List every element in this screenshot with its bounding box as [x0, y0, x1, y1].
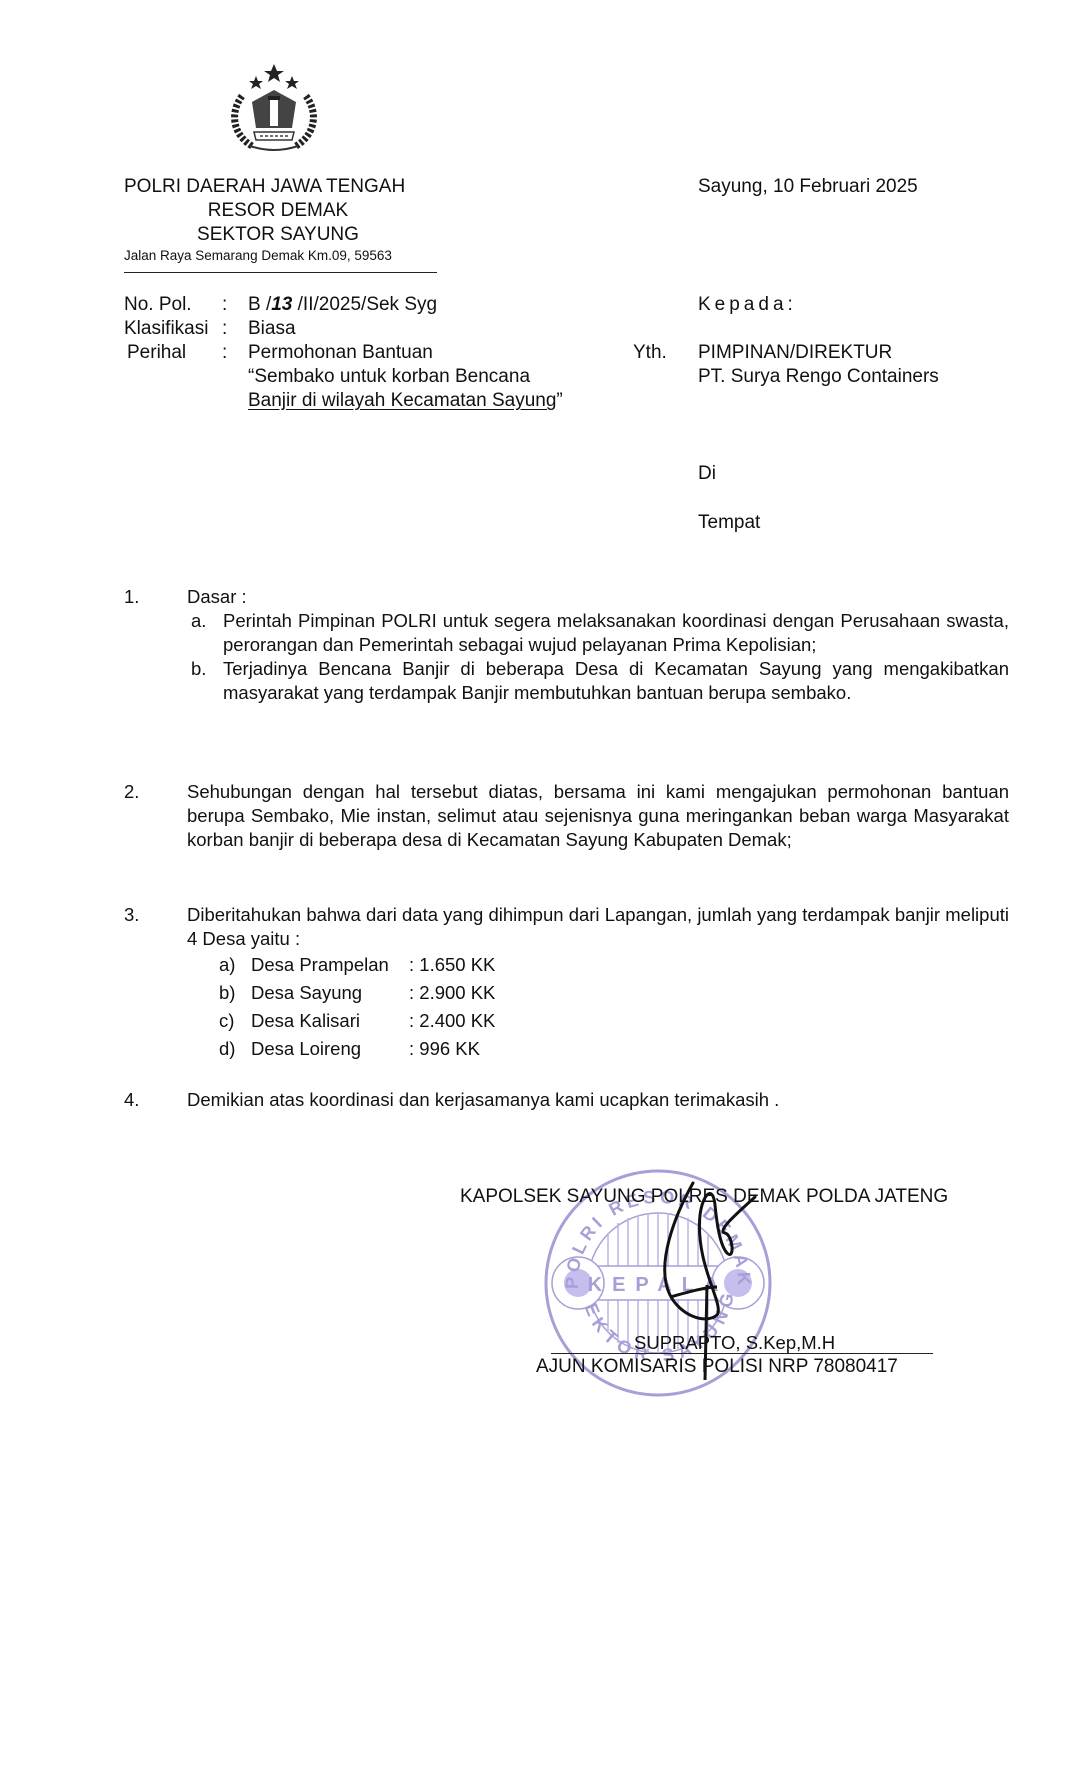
sub-text: Perintah Pimpinan POLRI untuk segera mel… [223, 609, 1009, 657]
perihal-line-2: “Sembako untuk korban Bencana [248, 365, 530, 389]
sub-marker: b. [187, 657, 223, 705]
reference-block: No. Pol. : B /13 /II/2025/Sek Syg Klasif… [124, 293, 563, 413]
item-text: Demikian atas koordinasi dan kerjasamany… [187, 1088, 1009, 1112]
desa-name: Desa Prampelan [251, 953, 409, 977]
letterhead-divider [124, 272, 437, 273]
no-pol-suffix: /II/2025/Sek Syg [292, 294, 437, 315]
sub-marker: a. [187, 609, 223, 657]
recipient-line-2: PT. Surya Rengo Containers [698, 365, 939, 389]
desa-list: a)Desa Prampelan: 1.650 KK b)Desa Sayung… [219, 951, 1009, 1063]
sub-item-a: a. Perintah Pimpinan POLRI untuk segera … [187, 609, 1009, 657]
perihal-label: Perihal [124, 341, 222, 365]
perihal-line-3: Banjir di wilayah Kecamatan Sayung” [248, 389, 563, 413]
org-line-1: POLRI DAERAH JAWA TENGAH [124, 175, 444, 199]
no-pol-prefix: B / [248, 294, 271, 315]
body-item-2: 2. Sehubungan dengan hal tersebut diatas… [124, 780, 1009, 852]
perihal-underlined: Banjir di wilayah Kecamatan Sayung [248, 390, 556, 411]
kepada-label: Kepada: [698, 293, 797, 317]
item-text: Sehubungan dengan hal tersebut diatas, b… [187, 780, 1009, 852]
item-number: 1. [124, 585, 139, 609]
desa-value: : 1.650 KK [409, 953, 495, 977]
item-text: Dasar : [187, 585, 1009, 609]
desa-marker: c) [219, 1009, 251, 1033]
colon: : [222, 341, 248, 365]
org-line-3: SEKTOR SAYUNG [124, 223, 444, 247]
perihal-tail: ” [556, 390, 562, 411]
klasifikasi-row: Klasifikasi : Biasa [124, 317, 563, 341]
body-item-1: 1. Dasar : a. Perintah Pimpinan POLRI un… [124, 585, 1009, 705]
recipient-block: PIMPINAN/DIREKTUR PT. Surya Rengo Contai… [698, 341, 939, 389]
colon: : [222, 317, 248, 341]
desa-row: a)Desa Prampelan: 1.650 KK [219, 951, 1009, 979]
letterhead: POLRI DAERAH JAWA TENGAH RESOR DEMAK SEK… [124, 175, 444, 265]
item-text: Diberitahukan bahwa dari data yang dihim… [187, 903, 1009, 951]
body-item-4: 4. Demikian atas koordinasi dan kerjasam… [124, 1088, 1009, 1112]
tempat-label: Tempat [698, 511, 760, 535]
colon: : [222, 293, 248, 317]
perihal-row: Perihal : Permohonan Bantuan [124, 341, 563, 365]
polri-emblem-icon [222, 62, 326, 152]
desa-value: : 2.400 KK [409, 1009, 495, 1033]
no-pol-row: No. Pol. : B /13 /II/2025/Sek Syg [124, 293, 563, 317]
di-label: Di [698, 462, 716, 486]
org-address: Jalan Raya Semarang Demak Km.09, 59563 [124, 247, 444, 265]
perihal-line-1: Permohonan Bantuan [248, 341, 433, 365]
recipient-line-1: PIMPINAN/DIREKTUR [698, 341, 939, 365]
sub-text: Terjadinya Bencana Banjir di beberapa De… [223, 657, 1009, 705]
klasifikasi-value: Biasa [248, 317, 296, 341]
no-pol-number: 13 [271, 294, 292, 315]
item-number: 3. [124, 903, 139, 927]
no-pol-label: No. Pol. [124, 293, 222, 317]
sub-item-b: b. Terjadinya Bencana Banjir di beberapa… [187, 657, 1009, 705]
org-line-2: RESOR DEMAK [124, 199, 444, 223]
body-item-3: 3. Diberitahukan bahwa dari data yang di… [124, 903, 1009, 1063]
item-number: 2. [124, 780, 139, 804]
yth-label: Yth. [633, 341, 667, 365]
desa-marker: b) [219, 981, 251, 1005]
desa-name: Desa Sayung [251, 981, 409, 1005]
desa-row: d)Desa Loireng: 996 KK [219, 1035, 1009, 1063]
desa-row: c)Desa Kalisari: 2.400 KK [219, 1007, 1009, 1035]
handwritten-signature-icon [655, 1175, 765, 1380]
desa-value: : 996 KK [409, 1037, 480, 1061]
desa-row: b)Desa Sayung: 2.900 KK [219, 979, 1009, 1007]
desa-marker: d) [219, 1037, 251, 1061]
klasifikasi-label: Klasifikasi [124, 317, 222, 341]
desa-value: : 2.900 KK [409, 981, 495, 1005]
item-number: 4. [124, 1088, 139, 1112]
desa-marker: a) [219, 953, 251, 977]
no-pol-value: B /13 /II/2025/Sek Syg [248, 293, 437, 317]
letter-date: Sayung, 10 Februari 2025 [698, 175, 918, 199]
desa-name: Desa Loireng [251, 1037, 409, 1061]
desa-name: Desa Kalisari [251, 1009, 409, 1033]
